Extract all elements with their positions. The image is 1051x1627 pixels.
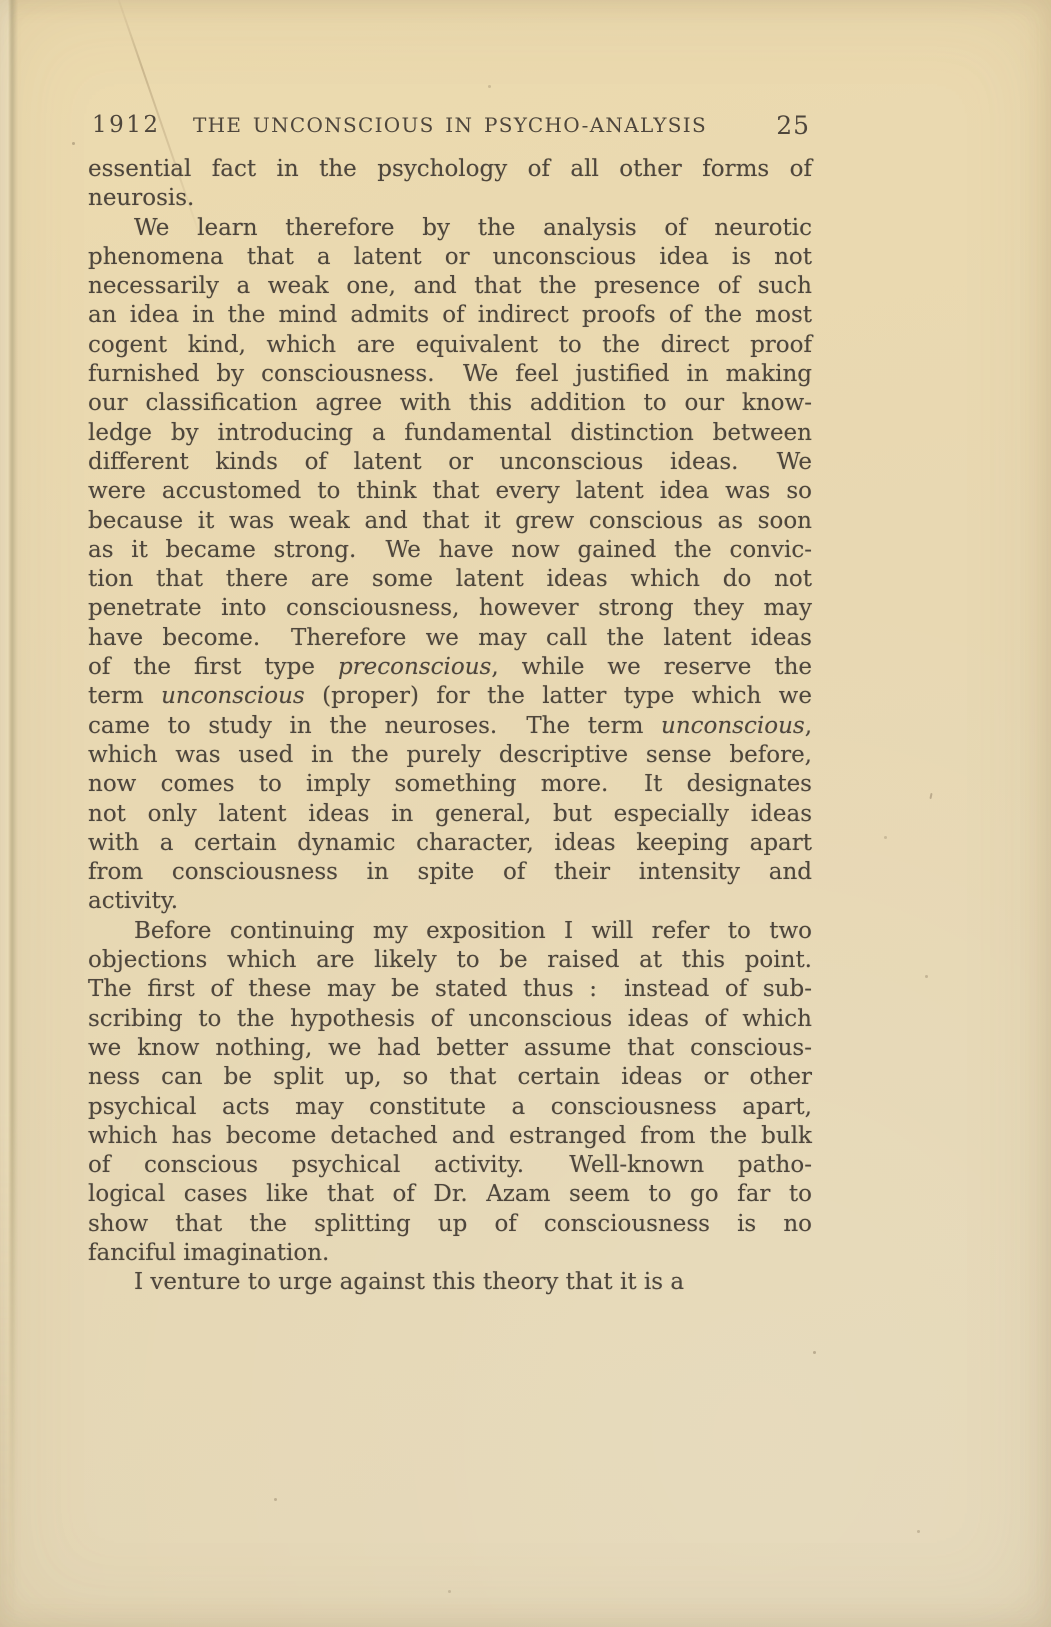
paper-speck: [448, 1590, 451, 1593]
text-line: objections which are likely to be raised…: [88, 946, 812, 975]
page-edge: [0, 0, 18, 1627]
page-header: 1912 THE UNCONSCIOUS IN PSYCHO-ANALYSIS …: [88, 104, 812, 138]
text-line: as it became strong. We have now gained …: [88, 536, 812, 565]
text-line: of the first type preconscious, while we…: [88, 653, 812, 682]
text-line: because it was weak and that it grew con…: [88, 507, 812, 536]
text-line: ledge by introducing a fundamental disti…: [88, 419, 812, 448]
text-line: fanciful imagination.: [88, 1239, 812, 1268]
paper-speck: [917, 1530, 920, 1533]
book-page: 1912 THE UNCONSCIOUS IN PSYCHO-ANALYSIS …: [0, 0, 1051, 1627]
text-line: necessarily a weak one, and that the pre…: [88, 272, 812, 301]
text-line: logical cases like that of Dr. Azam seem…: [88, 1180, 812, 1209]
text-line: tion that there are some latent ideas wh…: [88, 565, 812, 594]
text-line: which was used in the purely descriptive…: [88, 741, 812, 770]
text-line: I venture to urge against this theory th…: [88, 1268, 812, 1297]
text-line: phenomena that a latent or unconscious i…: [88, 243, 812, 272]
text-line: came to study in the neuroses. The term …: [88, 712, 812, 741]
header-title: THE UNCONSCIOUS IN PSYCHO-ANALYSIS: [88, 113, 812, 137]
paper-speck: [813, 1351, 816, 1354]
text-line: from consciousness in spite of their int…: [88, 858, 812, 887]
text-line: We learn therefore by the analysis of ne…: [88, 214, 812, 243]
paper-speck: [929, 793, 932, 799]
text-line: our classification agree with this addit…: [88, 389, 812, 418]
text-line: with a certain dynamic character, ideas …: [88, 829, 812, 858]
paper-speck: [72, 142, 75, 145]
text-line: neurosis.: [88, 184, 812, 213]
text-line: scribing to the hypothesis of unconsciou…: [88, 1005, 812, 1034]
text-line: The first of these may be stated thus : …: [88, 975, 812, 1004]
text-line: have become. Therefore we may call the l…: [88, 624, 812, 653]
text-line: which has become detached and estranged …: [88, 1122, 812, 1151]
text-line: an idea in the mind admits of indirect p…: [88, 301, 812, 330]
text-line: show that the splitting up of consciousn…: [88, 1210, 812, 1239]
text-line: now comes to imply something more. It de…: [88, 770, 812, 799]
text-line: furnished by consciousness. We feel just…: [88, 360, 812, 389]
paper-speck: [884, 836, 887, 839]
text-line: ness can be split up, so that certain id…: [88, 1063, 812, 1092]
text-line: of conscious psychical activity. Well-kn…: [88, 1151, 812, 1180]
paper-speck: [925, 975, 928, 978]
text-line: essential fact in the psychology of all …: [88, 155, 812, 184]
text-line: different kinds of latent or unconscious…: [88, 448, 812, 477]
text-line: penetrate into consciousness, however st…: [88, 594, 812, 623]
text-line: term unconscious (proper) for the latter…: [88, 682, 812, 711]
text-line: psychical acts may constitute a consciou…: [88, 1093, 812, 1122]
text-line: not only latent ideas in general, but es…: [88, 800, 812, 829]
paper-speck: [274, 1498, 277, 1501]
text-line: we know nothing, we had better assume th…: [88, 1034, 812, 1063]
text-line: activity.: [88, 887, 812, 916]
text-line: were accustomed to think that every late…: [88, 477, 812, 506]
text-line: cogent kind, which are equivalent to the…: [88, 331, 812, 360]
paper-speck: [488, 85, 491, 88]
text-line: Before continuing my exposition I will r…: [88, 917, 812, 946]
body-text: essential fact in the psychology of all …: [88, 155, 812, 1298]
header-page-number: 25: [776, 111, 810, 140]
